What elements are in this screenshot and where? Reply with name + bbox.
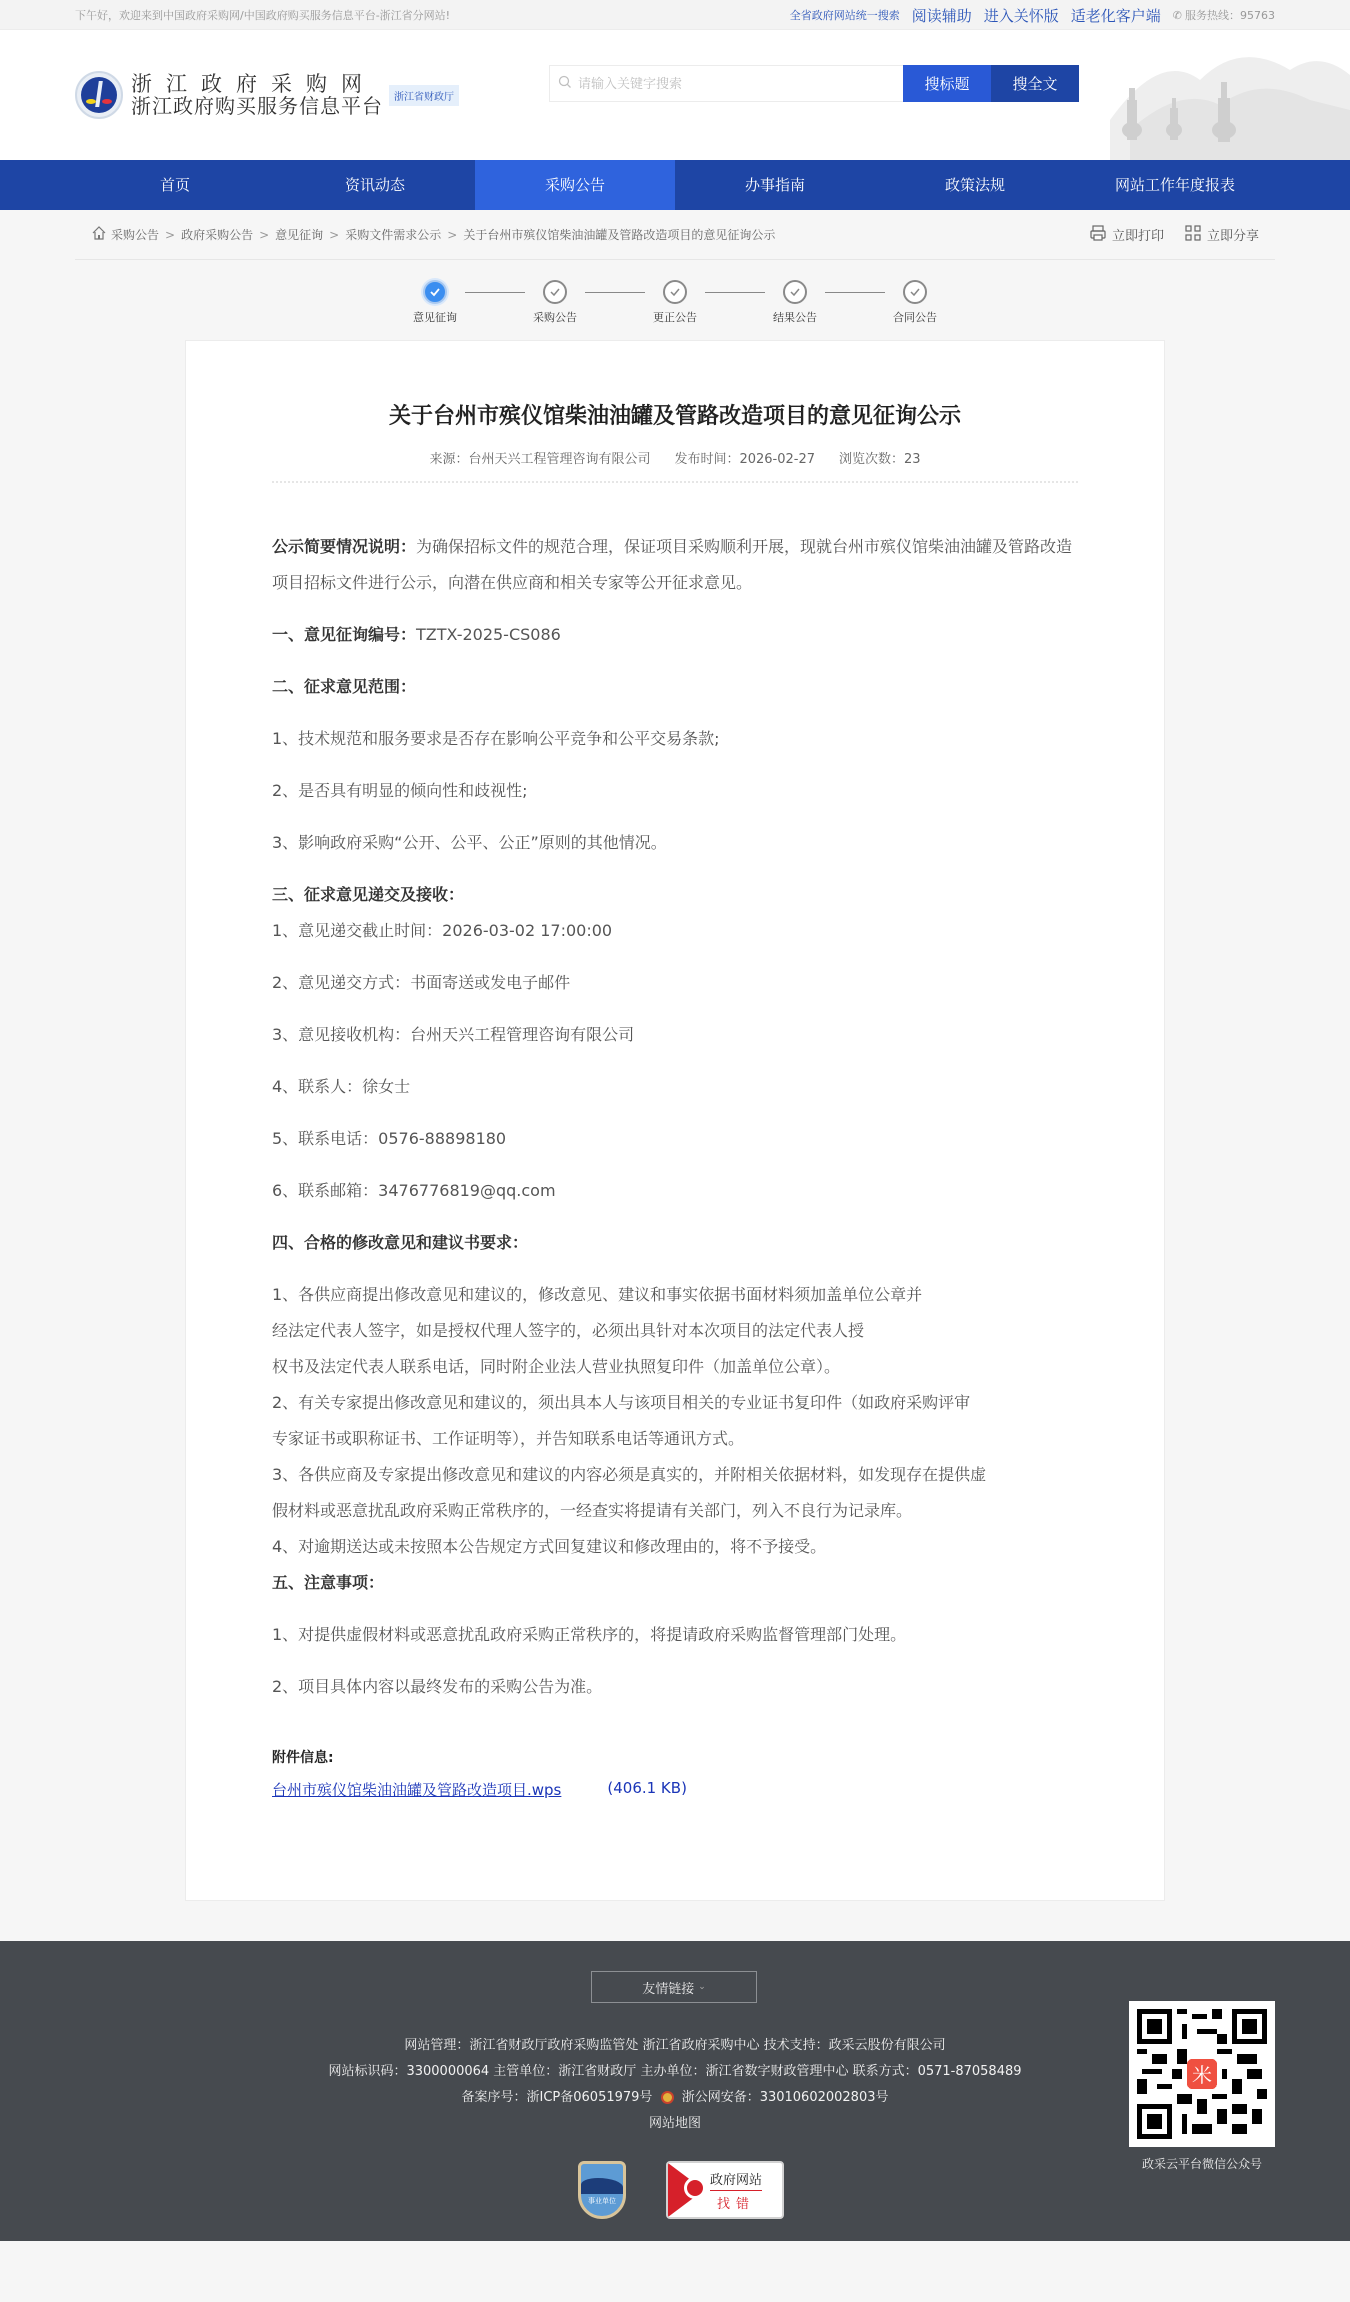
section-4-heading: 四、合格的修改意见和建议书要求： bbox=[272, 1225, 1078, 1261]
top-links: 全省政府网站统一搜索 阅读辅助 进入关怀版 适老化客户端 ✆ 服务热线：9576… bbox=[790, 5, 1275, 26]
elderly-client-link[interactable]: 适老化客户端 bbox=[1071, 5, 1161, 26]
step-connector bbox=[825, 292, 885, 293]
search-input[interactable] bbox=[578, 76, 878, 91]
top-bar: 下午好，欢迎来到中国政府采购网/中国政府购买服务信息平台-浙江省分网站! 全省政… bbox=[0, 0, 1350, 30]
qrcode-image: 米 bbox=[1129, 2001, 1275, 2147]
breadcrumb-bar: 采购公告> 政府采购公告> 意见征询> 采购文件需求公示> 关于台州市殡仪馆柴油… bbox=[75, 210, 1275, 260]
chevron-down-icon: ⌄ bbox=[698, 1982, 706, 1992]
nav-policies[interactable]: 政策法规 bbox=[875, 160, 1075, 210]
home-icon[interactable] bbox=[91, 225, 107, 244]
public-institution-badge[interactable]: 事业单位 bbox=[578, 2161, 626, 2219]
qrcode-icon bbox=[1184, 224, 1202, 246]
department-tag: 浙江省财政厅 bbox=[389, 85, 459, 106]
nav-home[interactable]: 首页 bbox=[75, 160, 275, 210]
check-icon bbox=[663, 280, 687, 304]
magnifier-icon bbox=[684, 2177, 706, 2199]
nav-procurement-notices[interactable]: 采购公告 bbox=[475, 160, 675, 210]
site-subtitle: 浙江政府购买服务信息平台 bbox=[131, 95, 383, 117]
article-views: 浏览次数：23 bbox=[839, 448, 921, 467]
search-title-button[interactable]: 搜标题 bbox=[903, 65, 991, 102]
scenery-decoration bbox=[1090, 30, 1350, 160]
divider bbox=[272, 481, 1078, 483]
care-version-link[interactable]: 进入关怀版 bbox=[984, 5, 1059, 26]
list-item: 4、联系人：徐女士 bbox=[272, 1069, 1078, 1105]
breadcrumb-current: 关于台州市殡仪馆柴油油罐及管路改造项目的意见征询公示 bbox=[463, 226, 775, 243]
list-item: 1、对提供虚假材料或恶意扰乱政府采购正常秩序的，将提请政府采购监督管理部门处理。 bbox=[272, 1617, 1078, 1653]
search-bar: 搜标题 搜全文 bbox=[549, 65, 1079, 102]
list-item: 1、意见递交截止时间：2026-03-02 17:00:00 bbox=[272, 913, 1078, 949]
list-item: 3、影响政府采购“公开、公平、公正”原则的其他情况。 bbox=[272, 825, 1078, 861]
check-icon bbox=[423, 280, 447, 304]
nav-guide[interactable]: 办事指南 bbox=[675, 160, 875, 210]
phone-icon: ✆ bbox=[1173, 9, 1182, 22]
check-icon bbox=[903, 280, 927, 304]
attachment-row: 台州市殡仪馆柴油油罐及管路改造项目.wps (406.1 KB) bbox=[272, 1779, 1078, 1800]
share-button[interactable]: 立即分享 bbox=[1184, 224, 1259, 246]
icp-link[interactable]: 备案序号：浙ICP备06051979号 bbox=[462, 2090, 653, 2105]
article-publish-time: 发布时间：2026-02-27 bbox=[674, 448, 815, 467]
text-line: 2、有关专家提出修改意见和建议的，须出具本人与该项目相关的专业证书复印件（如政府… bbox=[272, 1385, 1078, 1421]
text-line: 1、各供应商提出修改意见和建议的，修改意见、建议和事实依据书面材料须加盖单位公章… bbox=[272, 1277, 1078, 1313]
process-steps: 意见征询 采购公告 更正公告 结果公告 合同公告 bbox=[75, 260, 1275, 340]
friend-links-dropdown[interactable]: 友情链接 ⌄ bbox=[591, 1971, 757, 2003]
svg-text:米: 米 bbox=[1192, 2063, 1212, 2087]
attachment-link[interactable]: 台州市殡仪馆柴油油罐及管路改造项目.wps bbox=[272, 1779, 561, 1800]
step-consultation[interactable]: 意见征询 bbox=[405, 280, 465, 325]
search-fulltext-button[interactable]: 搜全文 bbox=[991, 65, 1079, 102]
breadcrumb-item[interactable]: 采购公告 bbox=[111, 226, 159, 243]
step-procurement[interactable]: 采购公告 bbox=[525, 280, 585, 325]
article-title: 关于台州市殡仪馆柴油油罐及管路改造项目的意见征询公示 bbox=[272, 399, 1078, 430]
nav-news[interactable]: 资讯动态 bbox=[275, 160, 475, 210]
article-body: 公示简要情况说明：为确保招标文件的规范合理，保证项目采购顺利开展，现就台州市殡仪… bbox=[272, 529, 1078, 1800]
sitemap-link[interactable]: 网站地图 bbox=[649, 2116, 701, 2131]
list-item: 5、联系电话：0576-88898180 bbox=[272, 1121, 1078, 1157]
logo-emblem-icon bbox=[75, 71, 123, 119]
step-correction[interactable]: 更正公告 bbox=[645, 280, 705, 325]
check-icon bbox=[543, 280, 567, 304]
summary-paragraph: 公示简要情况说明：为确保招标文件的规范合理，保证项目采购顺利开展，现就台州市殡仪… bbox=[272, 529, 1078, 601]
site-logo[interactable]: 浙江政府采购网 浙江政府购买服务信息平台 浙江省财政厅 bbox=[75, 71, 459, 119]
text-line: 假材料或恶意扰乱政府采购正常秩序的，一经查实将提请有关部门，列入不良行为记录库。 bbox=[272, 1493, 1078, 1529]
breadcrumb-item[interactable]: 意见征询 bbox=[275, 226, 323, 243]
gov-site-error-report-badge[interactable]: 政府网站 找错 bbox=[666, 2161, 784, 2219]
breadcrumb-item[interactable]: 采购文件需求公示 bbox=[345, 226, 441, 243]
reading-aid-link[interactable]: 阅读辅助 bbox=[912, 5, 972, 26]
search-icon bbox=[558, 74, 572, 93]
welcome-text: 下午好，欢迎来到中国政府采购网/中国政府购买服务信息平台-浙江省分网站! bbox=[75, 7, 450, 23]
text-line: 权书及法定代表人联系电话，同时附企业法人营业执照复印件（加盖单位公章）。 bbox=[272, 1349, 1078, 1385]
qr-caption: 政采云平台微信公众号 bbox=[1129, 2155, 1275, 2172]
breadcrumb-item[interactable]: 政府采购公告 bbox=[181, 226, 253, 243]
police-badge-icon bbox=[661, 2091, 674, 2104]
text-line: 专家证书或职称证书、工作证明等），并告知联系电话等通讯方式。 bbox=[272, 1421, 1078, 1457]
list-item: 1、技术规范和服务要求是否存在影响公平竞争和公平交易条款; bbox=[272, 721, 1078, 757]
attachment-heading: 附件信息: bbox=[272, 1747, 1078, 1767]
text-line: 4、对逾期送达或未按照本公告规定方式回复建议和修改理由的，将不予接受。 bbox=[272, 1529, 1078, 1565]
check-icon bbox=[783, 280, 807, 304]
article-source: 来源：台州天兴工程管理咨询有限公司 bbox=[429, 448, 650, 467]
hotline: ✆ 服务热线：95763 bbox=[1173, 7, 1275, 23]
consultation-number: TZTX-2025-CS086 bbox=[416, 625, 561, 644]
article-card: 关于台州市殡仪馆柴油油罐及管路改造项目的意见征询公示 来源：台州天兴工程管理咨询… bbox=[185, 340, 1165, 1901]
list-item: 2、项目具体内容以最终发布的采购公告为准。 bbox=[272, 1669, 1078, 1705]
nav-annual-report[interactable]: 网站工作年度报表 bbox=[1075, 160, 1275, 210]
list-item: 2、是否具有明显的倾向性和歧视性; bbox=[272, 773, 1078, 809]
section-2-heading: 二、征求意见范围： bbox=[272, 669, 1078, 705]
wechat-qr: 米 政采云平台微信公众号 bbox=[1129, 2001, 1275, 2172]
section-1: 一、意见征询编号：TZTX-2025-CS086 bbox=[272, 617, 1078, 653]
print-button[interactable]: 立即打印 bbox=[1089, 224, 1164, 246]
police-record-link[interactable]: 浙公网安备：33010602002803号 bbox=[682, 2090, 889, 2105]
article-meta: 来源：台州天兴工程管理咨询有限公司 发布时间：2026-02-27 浏览次数：2… bbox=[272, 448, 1078, 467]
step-connector bbox=[465, 292, 525, 293]
text-line: 经法定代表人签字，如是授权代理人签字的，必须出具针对本次项目的法定代表人授 bbox=[272, 1313, 1078, 1349]
step-connector bbox=[705, 292, 765, 293]
province-search-link[interactable]: 全省政府网站统一搜索 bbox=[790, 7, 900, 23]
main-nav: 首页 资讯动态 采购公告 办事指南 政策法规 网站工作年度报表 bbox=[0, 160, 1350, 210]
site-title: 浙江政府采购网 bbox=[131, 73, 383, 95]
list-item: 2、意见递交方式：书面寄送或发电子邮件 bbox=[272, 965, 1078, 1001]
footer: 友情链接 ⌄ 网站管理：浙江省财政厅政府采购监管处 浙江省政府采购中心 技术支持… bbox=[0, 1941, 1350, 2241]
section-3-heading: 三、征求意见递交及接收： bbox=[272, 877, 1078, 913]
step-connector bbox=[585, 292, 645, 293]
list-item: 6、联系邮箱：3476776819@qq.com bbox=[272, 1173, 1078, 1209]
text-line: 3、各供应商及专家提出修改意见和建议的内容必须是真实的，并附相关依据材料，如发现… bbox=[272, 1457, 1078, 1493]
attachment-size: (406.1 KB) bbox=[607, 1779, 687, 1800]
printer-icon bbox=[1089, 224, 1107, 246]
breadcrumb: 采购公告> 政府采购公告> 意见征询> 采购文件需求公示> 关于台州市殡仪馆柴油… bbox=[91, 225, 775, 244]
header: 浙江政府采购网 浙江政府购买服务信息平台 浙江省财政厅 搜标题 搜全文 bbox=[0, 30, 1350, 160]
step-result[interactable]: 结果公告 bbox=[765, 280, 825, 325]
step-contract[interactable]: 合同公告 bbox=[885, 280, 945, 325]
list-item: 3、意见接收机构：台州天兴工程管理咨询有限公司 bbox=[272, 1017, 1078, 1053]
footer-info: 网站管理：浙江省财政厅政府采购监管处 浙江省政府采购中心 技术支持：政采云股份有… bbox=[75, 2033, 1275, 2137]
section-5-heading: 五、注意事项： bbox=[272, 1565, 1078, 1601]
